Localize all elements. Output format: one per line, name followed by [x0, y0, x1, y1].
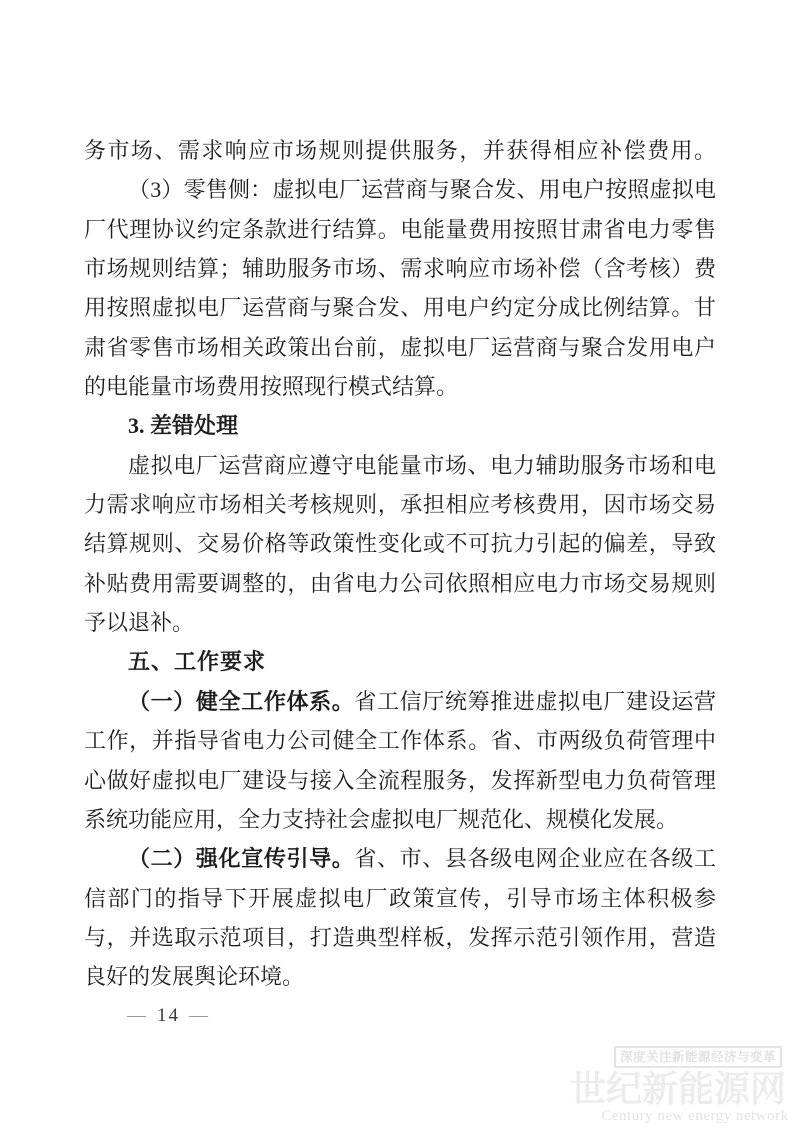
- page-number-dash-left: —: [118, 1005, 157, 1026]
- watermark-tagline: 深度关注新能源经济与变革: [614, 1046, 782, 1068]
- watermark-title: 世纪新能源网: [562, 1070, 794, 1108]
- paragraph-lead: （二）强化宣传引导。: [128, 846, 354, 871]
- text-line: 结算规则、交易价格等政策性变化或不可抗力引起的偏差，导致: [84, 524, 716, 563]
- text-line: 系统功能应用，全力支持社会虚拟电厂规范化、规模化发展。: [84, 800, 716, 839]
- text-line: 厂代理协议约定条款进行结算。电能量费用按照甘肃省电力零售: [84, 210, 716, 249]
- paragraph-lead: （一）健全工作体系。: [128, 689, 354, 714]
- heading-line: 3. 差错处理: [84, 406, 716, 445]
- text-line: 心做好虚拟电厂建设与接入全流程服务，发挥新型电力负荷管理: [84, 761, 716, 800]
- page-number: —14—: [118, 1004, 219, 1028]
- text-line: 用按照虚拟电厂运营商与聚合发、用电户约定分成比例结算。甘: [84, 288, 716, 327]
- text-line: 补贴费用需要调整的，由省电力公司依照相应电力市场交易规则: [84, 564, 716, 603]
- text-line: 工作，并指导省电力公司健全工作体系。省、市两级负荷管理中: [84, 721, 716, 760]
- text-line: 与，并选取示范项目，打造典型样板，发挥示范引领作用，营造: [84, 918, 716, 957]
- text-line: 良好的发展舆论环境。: [84, 957, 716, 996]
- text-line: 力需求响应市场相关考核规则，承担相应考核费用，因市场交易: [84, 485, 716, 524]
- document-page: 务市场、需求响应市场规则提供服务，并获得相应补偿费用。（3）零售侧：虚拟电厂运营…: [0, 0, 800, 1131]
- text-line: 肃省零售市场相关政策出台前，虚拟电厂运营商与聚合发用电户: [84, 328, 716, 367]
- text-line: 虚拟电厂运营商应遵守电能量市场、电力辅助服务市场和电: [84, 446, 716, 485]
- text-line: 市场规则结算；辅助服务市场、需求响应市场补偿（含考核）费: [84, 249, 716, 288]
- page-number-value: 14: [157, 1005, 180, 1026]
- text-line: （二）强化宣传引导。省、市、县各级电网企业应在各级工: [84, 839, 716, 878]
- text-line: （一）健全工作体系。省工信厅统筹推进虚拟电厂建设运营: [84, 682, 716, 721]
- text-block: 务市场、需求响应市场规则提供服务，并获得相应补偿费用。（3）零售侧：虚拟电厂运营…: [84, 131, 716, 997]
- page-number-dash-right: —: [180, 1005, 219, 1026]
- text-line: 务市场、需求响应市场规则提供服务，并获得相应补偿费用。: [84, 131, 716, 170]
- heading-line: 五、工作要求: [84, 642, 716, 681]
- text-line: （3）零售侧：虚拟电厂运营商与聚合发、用电户按照虚拟电: [84, 170, 716, 209]
- watermark-subtitle: Century new energy network: [596, 1108, 794, 1125]
- text-line: 予以退补。: [84, 603, 716, 642]
- text-line: 的电能量市场费用按照现行模式结算。: [84, 367, 716, 406]
- watermark: 深度关注新能源经济与变革 世纪新能源网 Century new energy n…: [562, 1046, 794, 1125]
- text-line: 信部门的指导下开展虚拟电厂政策宣传，引导市场主体积极参: [84, 879, 716, 918]
